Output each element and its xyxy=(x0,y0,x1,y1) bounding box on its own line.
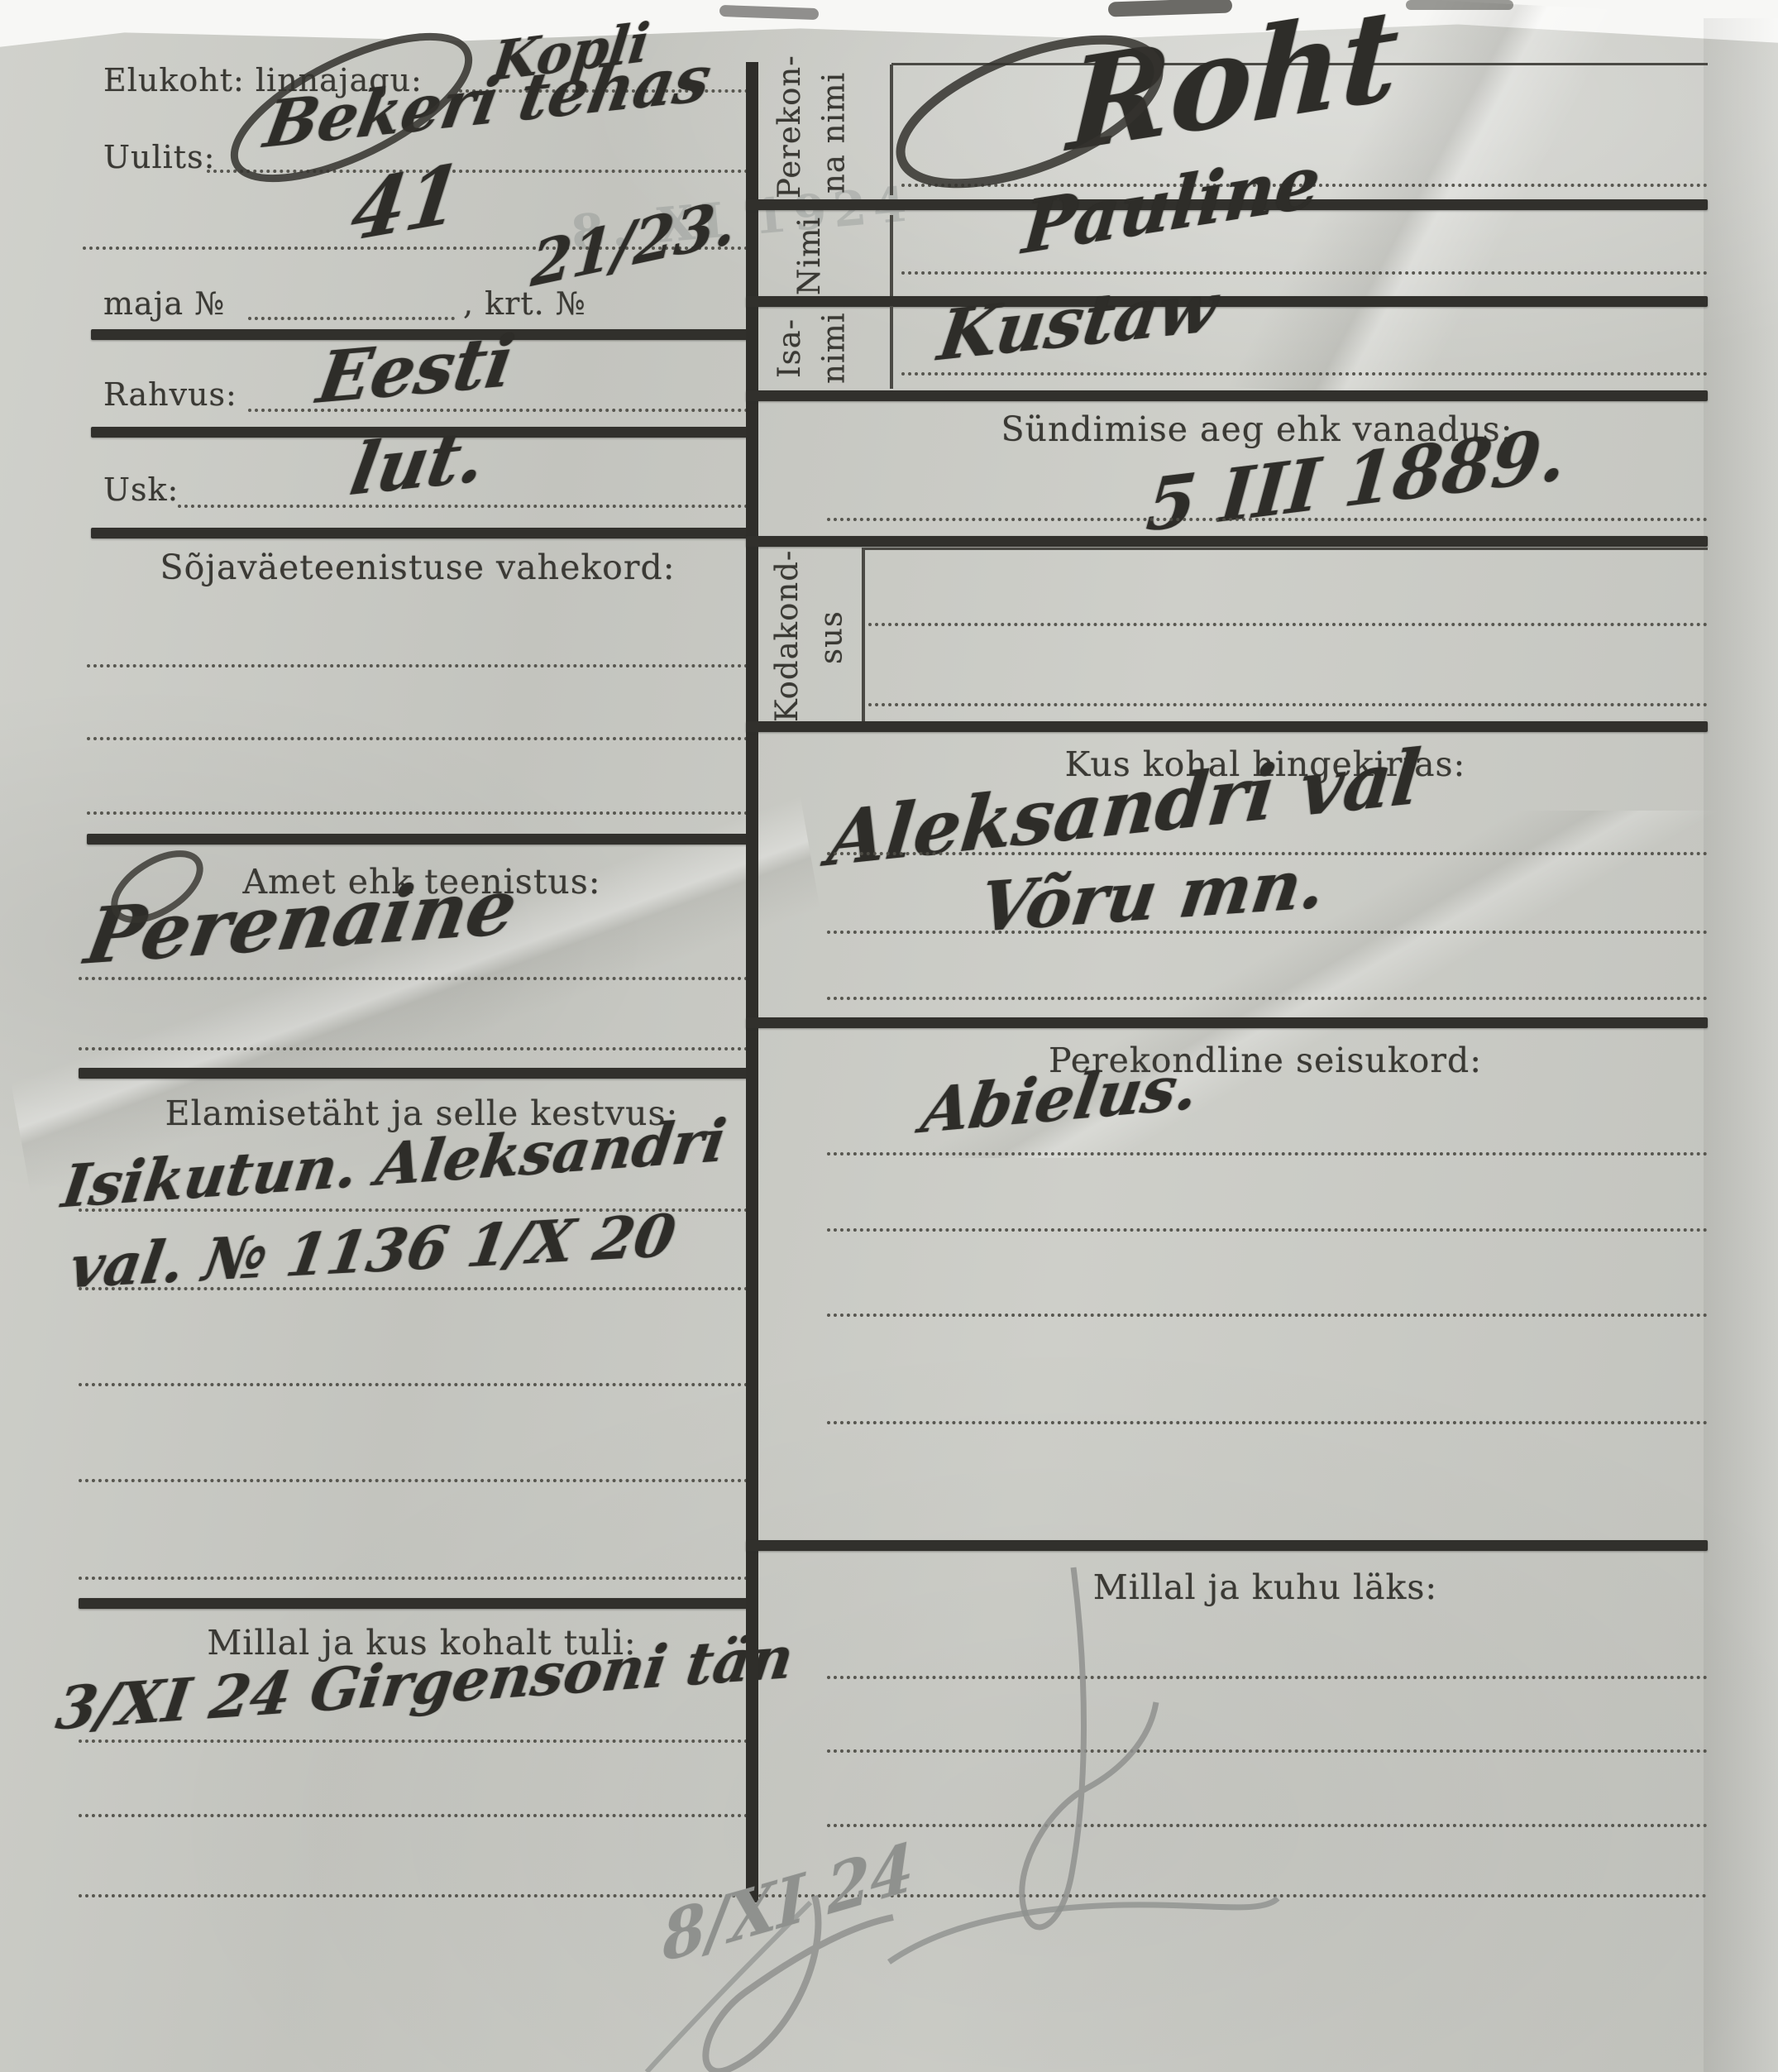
column-divider xyxy=(746,62,758,1902)
field-line xyxy=(79,1739,748,1743)
field-line xyxy=(827,997,1708,1000)
section-rule xyxy=(87,834,753,845)
box-border xyxy=(890,215,893,296)
field-line xyxy=(827,1824,1708,1827)
section-rule xyxy=(79,1068,753,1079)
field-line xyxy=(87,811,748,815)
field-line xyxy=(827,1152,1708,1156)
section-rule xyxy=(746,1017,1708,1028)
field-line xyxy=(827,1421,1708,1424)
ink-smudge xyxy=(1406,0,1513,10)
rahvus-label: Rahvus: xyxy=(103,376,237,413)
field-line xyxy=(79,1577,748,1580)
section-rule xyxy=(746,1540,1708,1551)
field-line xyxy=(248,409,748,412)
field-line xyxy=(87,737,748,740)
box-border xyxy=(890,65,893,195)
field-line xyxy=(79,1814,748,1817)
field-line xyxy=(868,703,1708,706)
section-rule xyxy=(746,390,1708,401)
maja-value: 41 xyxy=(347,153,466,254)
field-line xyxy=(79,1479,748,1482)
ink-smudge xyxy=(719,5,819,20)
field-line xyxy=(827,518,1708,521)
field-line xyxy=(87,664,748,668)
field-line xyxy=(79,1383,748,1386)
perekonnanimi-label: Perekon- na nimi xyxy=(767,66,858,199)
laks-label: Millal ja kuhu läks: xyxy=(1093,1567,1437,1607)
isanimi-label: Isa- nimi xyxy=(767,304,858,391)
field-line xyxy=(79,1047,748,1050)
section-rule xyxy=(746,536,1708,547)
kodakondsus-label: Kodakond- sus xyxy=(765,553,856,722)
section-rule xyxy=(746,721,1708,732)
box-border xyxy=(862,548,1708,550)
field-line xyxy=(178,505,748,508)
field-line xyxy=(79,977,748,980)
sojavaeteenistus-label: Sõjaväeteenistuse vahekord: xyxy=(160,548,675,587)
section-rule xyxy=(91,528,753,538)
field-line xyxy=(827,1228,1708,1232)
box-border xyxy=(862,549,865,721)
field-line xyxy=(868,623,1708,626)
nimi-label: Nimi xyxy=(787,217,837,295)
field-line xyxy=(207,170,748,173)
maja-label: maja № xyxy=(103,285,225,322)
paper-sheet xyxy=(0,18,1778,2072)
uulits-label: Uulits: xyxy=(103,139,215,175)
box-border xyxy=(890,306,893,389)
field-line xyxy=(827,1314,1708,1317)
field-line xyxy=(827,1676,1708,1679)
field-line xyxy=(827,1749,1708,1753)
usk-label: Usk: xyxy=(103,471,179,508)
field-line xyxy=(248,317,455,320)
usk-value: lut. xyxy=(346,421,490,506)
rahvus-value: Eesti xyxy=(313,326,519,414)
field-line xyxy=(901,372,1708,376)
section-rule xyxy=(79,1598,753,1609)
krt-label: , krt. № xyxy=(463,285,586,322)
field-line xyxy=(827,931,1708,934)
field-line xyxy=(901,271,1708,275)
field-line xyxy=(79,1287,748,1290)
registration-card-scan: Elukoht: linnajagu: Kopli Uulits: Bekeri… xyxy=(0,0,1778,2072)
